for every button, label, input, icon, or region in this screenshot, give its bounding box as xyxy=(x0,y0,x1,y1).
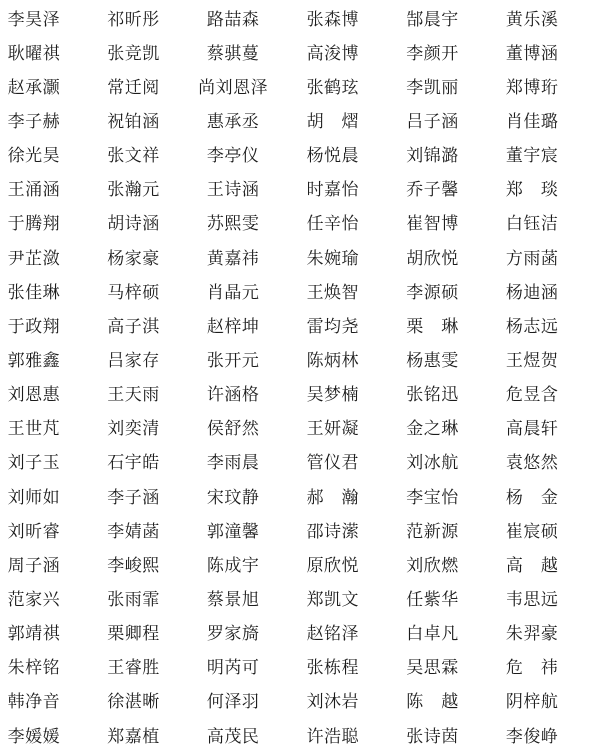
student-name: 朱梓铭 xyxy=(0,659,84,676)
student-name: 刘沐岩 xyxy=(283,693,383,710)
roster-row: 李子赫祝铂涵惠承丞胡 熠吕子涵肖佳璐 xyxy=(0,104,582,138)
student-name: 朱婉瑜 xyxy=(283,250,383,267)
student-name: 郑嘉植 xyxy=(84,728,184,745)
student-name: 黄嘉祎 xyxy=(183,250,283,267)
roster-row: 刘子玉石宇皓李雨晨管仪君刘冰航袁悠然 xyxy=(0,446,582,480)
student-name: 李子涵 xyxy=(84,489,184,506)
student-name: 张雨霏 xyxy=(84,591,184,608)
student-name: 李源硕 xyxy=(383,284,483,301)
student-name: 刘子玉 xyxy=(0,454,84,471)
student-name: 危昱含 xyxy=(482,386,582,403)
student-name: 刘锦潞 xyxy=(383,147,483,164)
student-name: 蔡景旭 xyxy=(183,591,283,608)
roster-row: 韩净音徐湛晰何泽羽刘沐岩陈 越阴梓航 xyxy=(0,685,582,719)
student-name: 原欣悦 xyxy=(283,557,383,574)
student-name: 范新源 xyxy=(383,523,483,540)
student-name: 董宇宸 xyxy=(482,147,582,164)
student-name: 韩净音 xyxy=(0,693,84,710)
student-name: 惠承丞 xyxy=(183,113,283,130)
student-name: 黄乐溪 xyxy=(482,11,582,28)
roster-row: 李媛媛郑嘉植高茂民许浩聪张诗茵李俊峥 xyxy=(0,719,582,753)
student-name: 吴梦楠 xyxy=(283,386,383,403)
student-name: 高 越 xyxy=(482,557,582,574)
roster-row: 刘恩惠王天雨许涵格吴梦楠张铭迅危昱含 xyxy=(0,378,582,412)
student-name: 杨家豪 xyxy=(84,250,184,267)
student-name: 刘恩惠 xyxy=(0,386,84,403)
roster-row: 耿曜祺张竞凯蔡骐蔓高浚博李颜开董博涵 xyxy=(0,36,582,70)
student-name: 李宝怡 xyxy=(383,489,483,506)
student-name: 郜晨宇 xyxy=(383,11,483,28)
student-name: 任紫华 xyxy=(383,591,483,608)
student-name: 李昊泽 xyxy=(0,11,84,28)
student-name: 董博涵 xyxy=(482,45,582,62)
student-name: 金之琳 xyxy=(383,420,483,437)
student-name: 苏熙雯 xyxy=(183,215,283,232)
student-name: 雷均尧 xyxy=(283,318,383,335)
student-name: 邵诗潆 xyxy=(283,523,383,540)
roster-row: 李昊泽祁昕彤路喆森张森博郜晨宇黄乐溪 xyxy=(0,2,582,36)
student-name: 李颜开 xyxy=(383,45,483,62)
student-name: 杨惠雯 xyxy=(383,352,483,369)
roster-row: 郭雅鑫吕家存张开元陈炳林杨惠雯王煜贺 xyxy=(0,343,582,377)
roster-row: 赵承灏常迁阅尚刘恩泽张鹤玹李凯丽郑博珩 xyxy=(0,70,582,104)
student-name: 郭雅鑫 xyxy=(0,352,84,369)
student-name: 袁悠然 xyxy=(482,454,582,471)
student-name: 蔡骐蔓 xyxy=(183,45,283,62)
student-name: 马梓硕 xyxy=(84,284,184,301)
student-name: 王煜贺 xyxy=(482,352,582,369)
student-name: 郑凯文 xyxy=(283,591,383,608)
student-name: 尹芷潋 xyxy=(0,250,84,267)
student-name: 韦思远 xyxy=(482,591,582,608)
student-name: 祁昕彤 xyxy=(84,11,184,28)
student-name: 路喆森 xyxy=(183,11,283,28)
student-name: 阴梓航 xyxy=(482,693,582,710)
student-name: 张文祥 xyxy=(84,147,184,164)
student-name: 吕子涵 xyxy=(383,113,483,130)
student-name: 张瀚元 xyxy=(84,181,184,198)
student-name: 刘昕睿 xyxy=(0,523,84,540)
student-name: 刘师如 xyxy=(0,489,84,506)
student-name: 乔子馨 xyxy=(383,181,483,198)
student-name: 张鹤玹 xyxy=(283,79,383,96)
roster-row: 徐光昊张文祥李亭仪杨悦晨刘锦潞董宇宸 xyxy=(0,139,582,173)
student-name: 时嘉怡 xyxy=(283,181,383,198)
roster-row: 周子涵李峻熙陈成宇原欣悦刘欣燃高 越 xyxy=(0,548,582,582)
student-name: 郑 琰 xyxy=(482,181,582,198)
student-name: 管仪君 xyxy=(283,454,383,471)
student-name: 肖佳璐 xyxy=(482,113,582,130)
student-name: 李子赫 xyxy=(0,113,84,130)
student-name: 崔宸硕 xyxy=(482,523,582,540)
roster-row: 于政翔高子淇赵梓坤雷均尧栗 琳杨志远 xyxy=(0,309,582,343)
student-name: 张铭迅 xyxy=(383,386,483,403)
student-name: 耿曜祺 xyxy=(0,45,84,62)
student-name: 王焕智 xyxy=(283,284,383,301)
student-name: 高子淇 xyxy=(84,318,184,335)
student-name: 高浚博 xyxy=(283,45,383,62)
student-name: 陈成宇 xyxy=(183,557,283,574)
student-name: 胡欣悦 xyxy=(383,250,483,267)
name-roster: 李昊泽祁昕彤路喆森张森博郜晨宇黄乐溪耿曜祺张竞凯蔡骐蔓高浚博李颜开董博涵赵承灏常… xyxy=(0,0,582,753)
student-name: 杨迪涵 xyxy=(482,284,582,301)
student-name: 何泽羽 xyxy=(183,693,283,710)
student-name: 李媛媛 xyxy=(0,728,84,745)
student-name: 赵铭泽 xyxy=(283,625,383,642)
student-name: 王天雨 xyxy=(84,386,184,403)
student-name: 李婧菡 xyxy=(84,523,184,540)
roster-row: 范家兴张雨霏蔡景旭郑凯文任紫华韦思远 xyxy=(0,582,582,616)
roster-row: 张佳琳马梓硕肖晶元王焕智李源硕杨迪涵 xyxy=(0,275,582,309)
student-name: 刘奕清 xyxy=(84,420,184,437)
student-name: 危 祎 xyxy=(482,659,582,676)
student-name: 郝 瀚 xyxy=(283,489,383,506)
student-name: 徐湛晰 xyxy=(84,693,184,710)
student-name: 王世芃 xyxy=(0,420,84,437)
student-name: 崔智博 xyxy=(383,215,483,232)
student-name: 许涵格 xyxy=(183,386,283,403)
student-name: 张栋程 xyxy=(283,659,383,676)
student-name: 吕家存 xyxy=(84,352,184,369)
student-name: 张开元 xyxy=(183,352,283,369)
student-name: 白钰洁 xyxy=(482,215,582,232)
student-name: 郑博珩 xyxy=(482,79,582,96)
student-name: 杨悦晨 xyxy=(283,147,383,164)
student-name: 范家兴 xyxy=(0,591,84,608)
roster-row: 王涌涵张瀚元王诗涵时嘉怡乔子馨郑 琰 xyxy=(0,173,582,207)
student-name: 李凯丽 xyxy=(383,79,483,96)
student-name: 高晨轩 xyxy=(482,420,582,437)
roster-row: 朱梓铭王睿胜明芮可张栋程吴思霖危 祎 xyxy=(0,651,582,685)
student-name: 王诗涵 xyxy=(183,181,283,198)
student-name: 胡诗涵 xyxy=(84,215,184,232)
student-name: 栗卿程 xyxy=(84,625,184,642)
roster-row: 刘昕睿李婧菡郭潼馨邵诗潆范新源崔宸硕 xyxy=(0,514,582,548)
student-name: 王妍凝 xyxy=(283,420,383,437)
roster-row: 王世芃刘奕清侯舒然王妍凝金之琳高晨轩 xyxy=(0,412,582,446)
student-name: 于政翔 xyxy=(0,318,84,335)
student-name: 陈 越 xyxy=(383,693,483,710)
student-name: 张竞凯 xyxy=(84,45,184,62)
student-name: 徐光昊 xyxy=(0,147,84,164)
student-name: 石宇皓 xyxy=(84,454,184,471)
student-name: 栗 琳 xyxy=(383,318,483,335)
student-name: 高茂民 xyxy=(183,728,283,745)
student-name: 肖晶元 xyxy=(183,284,283,301)
student-name: 于腾翔 xyxy=(0,215,84,232)
roster-row: 刘师如李子涵宋玟静郝 瀚李宝怡杨 金 xyxy=(0,480,582,514)
student-name: 李俊峥 xyxy=(482,728,582,745)
student-name: 张佳琳 xyxy=(0,284,84,301)
student-name: 周子涵 xyxy=(0,557,84,574)
student-name: 李雨晨 xyxy=(183,454,283,471)
student-name: 白卓凡 xyxy=(383,625,483,642)
student-name: 李峻熙 xyxy=(84,557,184,574)
student-name: 李亭仪 xyxy=(183,147,283,164)
student-name: 杨志远 xyxy=(482,318,582,335)
roster-row: 尹芷潋杨家豪黄嘉祎朱婉瑜胡欣悦方雨菡 xyxy=(0,241,582,275)
student-name: 王睿胜 xyxy=(84,659,184,676)
student-name: 刘冰航 xyxy=(383,454,483,471)
student-name: 罗家旖 xyxy=(183,625,283,642)
student-name: 赵梓坤 xyxy=(183,318,283,335)
student-name: 任辛怡 xyxy=(283,215,383,232)
student-name: 郭靖祺 xyxy=(0,625,84,642)
student-name: 宋玟静 xyxy=(183,489,283,506)
student-name: 刘欣燃 xyxy=(383,557,483,574)
student-name: 王涌涵 xyxy=(0,181,84,198)
roster-row: 郭靖祺栗卿程罗家旖赵铭泽白卓凡朱羿豪 xyxy=(0,617,582,651)
student-name: 陈炳林 xyxy=(283,352,383,369)
student-name: 张森博 xyxy=(283,11,383,28)
student-name: 吴思霖 xyxy=(383,659,483,676)
student-name: 明芮可 xyxy=(183,659,283,676)
student-name: 尚刘恩泽 xyxy=(183,79,283,96)
student-name: 张诗茵 xyxy=(383,728,483,745)
student-name: 郭潼馨 xyxy=(183,523,283,540)
student-name: 祝铂涵 xyxy=(84,113,184,130)
roster-row: 于腾翔胡诗涵苏熙雯任辛怡崔智博白钰洁 xyxy=(0,207,582,241)
student-name: 许浩聪 xyxy=(283,728,383,745)
student-name: 胡 熠 xyxy=(283,113,383,130)
student-name: 赵承灏 xyxy=(0,79,84,96)
student-name: 杨 金 xyxy=(482,489,582,506)
student-name: 方雨菡 xyxy=(482,250,582,267)
student-name: 常迁阅 xyxy=(84,79,184,96)
student-name: 朱羿豪 xyxy=(482,625,582,642)
student-name: 侯舒然 xyxy=(183,420,283,437)
